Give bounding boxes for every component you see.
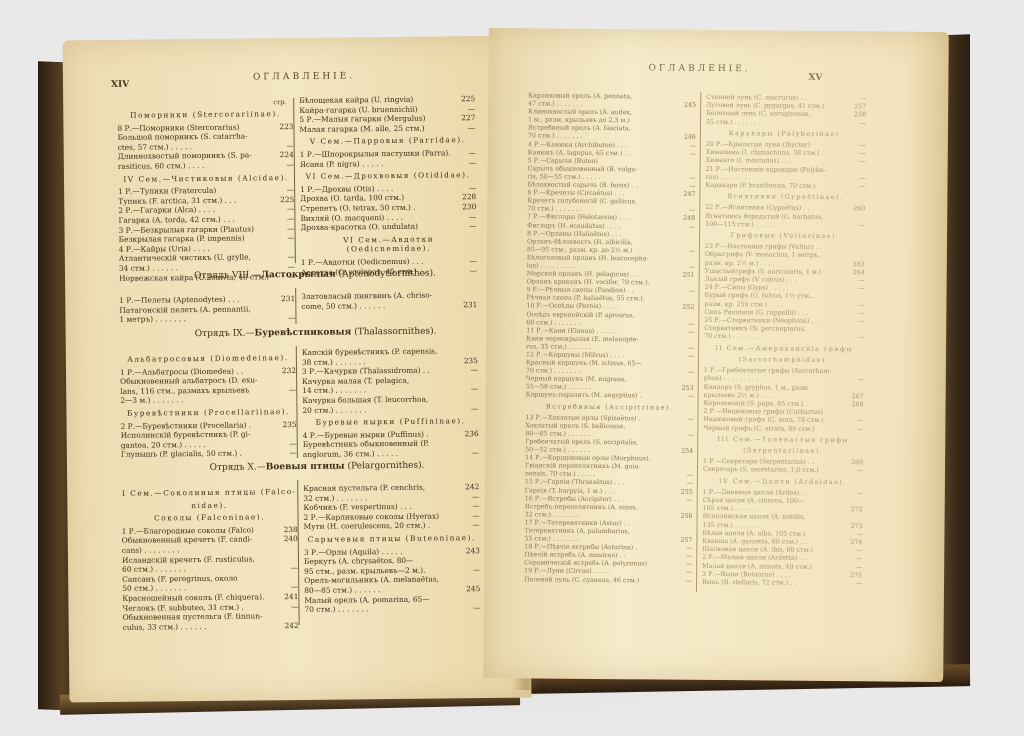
toc-entry-title: 20 стм.) . . . . . . . [302, 405, 366, 415]
toc-entry-page: 241 [280, 592, 298, 602]
toc-entry: Коршунъ-паразитъ (M. aegyptius) .— [526, 392, 694, 402]
toc-entry-page: 238 [280, 525, 298, 535]
toc-entry-page [845, 514, 863, 522]
toc-entry-page: — [848, 150, 866, 158]
toc-entry-page: 224 [276, 150, 294, 160]
toc-entry-page: — [676, 345, 694, 353]
toc-entry-page: — [277, 252, 295, 262]
toc-section-heading: I Сем.—Соколиныя птицы (Falco- [121, 487, 297, 498]
order-heading-x: Отрядъ X.—Воевыя птицы (Pelargornithes). [147, 460, 487, 474]
toc-entry-page: — [677, 247, 695, 255]
toc-entry-page: 231 [459, 300, 477, 310]
toc-entry-page [675, 464, 693, 472]
toc-entry-title: Секретарь (S. secretarius, 1,0 стм.) [703, 466, 819, 475]
toc-entry-page: 257 [674, 537, 692, 545]
toc-section-heading: VI Сем.—Авдотки (Oedicnemidae). [301, 234, 477, 255]
toc-column-left-4: Златовласый пингвинъ (A. chriso- come, 5… [301, 290, 477, 311]
toc-entry-title: 70 стм.) . . . . . . . [704, 333, 758, 342]
right-page: ОГЛАВЛЕНІЕ. XV Карликовый орелъ (A. penn… [483, 28, 949, 682]
toc-entry-page: — [277, 313, 295, 323]
toc-entry: Дрохва-красотка (O. undulata)— [300, 221, 476, 232]
toc-entry-title: 2—3 м.) . . . . . . . [120, 396, 183, 406]
toc-entry-page: — [675, 472, 693, 480]
toc-entry-page: — [458, 221, 476, 231]
toc-entry: 55 стм.) . . . . . . .— [706, 119, 866, 129]
toc-entry-page [676, 312, 694, 320]
toc-entry-title: anglorum, 36 стм.) . . . . . [303, 449, 398, 460]
toc-entry-page: — [678, 150, 696, 158]
toc-column-left-3: 1 Р.—Пелеты (Aptenodytes) . . .231Патаго… [119, 294, 295, 325]
toc-entry-page: — [844, 580, 862, 588]
toc-entry-page: — [675, 415, 693, 423]
toc-entry-page [277, 304, 295, 314]
toc-entry-page [678, 158, 696, 166]
toc-entry-page: 236 [461, 429, 479, 439]
toc-entry-page: 247 [677, 191, 695, 199]
toc-entry-page: 240 [280, 534, 298, 544]
toc-entry-page: — [276, 204, 294, 214]
column-divider [297, 480, 300, 625]
toc-entry: 2—3 м.) . . . . . . . [120, 394, 296, 405]
toc-entry-page [279, 429, 297, 439]
page-number-right: XV [808, 73, 822, 83]
toc-entry-page: — [457, 104, 475, 114]
toc-column-right-2: Степной лунь (C. macrurus) . .—Луговой л… [702, 94, 866, 589]
toc-entry-title: Исландскій кречетъ (F. rusticulus, [122, 554, 255, 565]
toc-entry-page [280, 544, 298, 554]
column-divider [696, 92, 701, 592]
toc-column-left-6: Капскій буревѣстникъ (P. capensis, 38 ст… [302, 346, 479, 459]
toc-entry-page [276, 131, 294, 141]
toc-entry-page: — [461, 492, 479, 502]
toc-entry-title: Ясана (P. nigra) . . . . . [300, 159, 384, 169]
toc-entry-page: — [461, 501, 479, 511]
toc-entry-page: — [677, 264, 695, 272]
toc-entry-page: — [462, 520, 480, 530]
toc-entry-title: Мути (H. coerulescens, 20 стм.) . [304, 521, 431, 532]
toc-entry-page: — [677, 183, 695, 191]
toc-section-heading: Буревѣстники (Procellariinae). [120, 407, 296, 418]
toc-entry: Черный грифъ (C. atrata, 60 стм.)— [703, 424, 863, 434]
toc-entry-page [845, 409, 863, 417]
toc-entry-page: — [280, 563, 298, 573]
toc-entry-page [677, 256, 695, 264]
page-number-left: XIV [111, 80, 129, 90]
toc-entry-page: 252 [676, 304, 694, 312]
toc-entry-page: — [845, 467, 863, 475]
toc-entry-page: 268 [846, 401, 864, 409]
toc-entry-page: — [674, 561, 692, 569]
page-col-label: стр. [273, 98, 287, 106]
toc-entry-page: — [458, 148, 476, 158]
toc-entry-page: — [847, 285, 865, 293]
toc-column-left-2: Бѣлощекая кайра (U. ringvia)225Кайра-гаг… [299, 94, 477, 277]
toc-entry-page: — [675, 496, 693, 504]
toc-entry-page [674, 529, 692, 537]
toc-entry-page: — [674, 545, 692, 553]
toc-entry-page: — [846, 318, 864, 326]
toc-entry-title: Тупикъ (F. arctica, 31 стм.) . . . [118, 195, 236, 206]
toc-entry-page [678, 167, 696, 175]
toc-entry-page [846, 385, 864, 393]
toc-section-heading: Соколы (Falconinae). [122, 512, 298, 523]
toc-entry-page: — [846, 376, 864, 384]
toc-entry-page: 256 [675, 512, 693, 520]
toc-entry-page: — [848, 95, 866, 103]
toc-entry-title: 55 стм.) . . . . . . . [706, 119, 760, 128]
toc-entry-title: Полевой лунь (C. cyaneus, 46 стм.) [524, 576, 639, 585]
toc-entry-page [675, 504, 693, 512]
toc-entry-page [459, 290, 477, 300]
toc-section-heading: Альбатросовыя (Diomedeinae). [120, 353, 296, 364]
toc-entry-title: Малая гагарка (M. alle, 25 стм.) [299, 123, 424, 134]
toc-entry: 70 стм.) . . . . . . .— [304, 603, 480, 614]
toc-entry-page: — [676, 328, 694, 336]
toc-entry-page: 245 [462, 584, 480, 594]
toc-entry-page [460, 394, 478, 404]
toc-entry-page: 225 [457, 94, 475, 104]
toc-entry-page: — [460, 365, 478, 375]
toc-entry-page: — [676, 320, 694, 328]
toc-entry-page [677, 280, 695, 288]
toc-entry-page: 223 [275, 122, 293, 132]
toc-entry-page: 251 [677, 272, 695, 280]
toc-entry-page: — [846, 302, 864, 310]
toc-entry-page: 274 [844, 539, 862, 547]
toc-entry-page [460, 346, 478, 356]
toc-entry: 20 стм.) . . . . . . .— [302, 404, 478, 415]
toc-entry-page: 243 [462, 546, 480, 556]
toc-column-left-8: Красная пустельга (P. cenchris,242 32 ст… [303, 482, 480, 615]
toc-entry-page: — [277, 233, 295, 243]
toc-entry-page [281, 611, 299, 621]
toc-entry-page: 254 [675, 448, 693, 456]
toc-entry-page: — [847, 277, 865, 285]
toc-entry-page [278, 394, 296, 404]
toc-entry-page: — [279, 448, 297, 458]
toc-entry-page: 257 [848, 103, 866, 111]
toc-entry-page: — [460, 404, 478, 414]
toc-entry-page: 246 [678, 134, 696, 142]
toc-entry-page: — [461, 448, 479, 458]
toc-entry: rasiticus, 60 стм.) . . . .— [118, 160, 294, 171]
toc-entry-page [678, 126, 696, 134]
toc-entry-page: 225 [276, 195, 294, 205]
toc-entry-page: 227 [457, 113, 475, 123]
toc-entry-page: — [844, 564, 862, 572]
toc-entry-page [675, 440, 693, 448]
running-head-right: ОГЛАВЛЕНІЕ. [648, 63, 750, 74]
toc-entry-page [676, 377, 694, 385]
toc-entry-page: 231 [277, 294, 295, 304]
toc-entry-page: — [846, 335, 864, 343]
toc-entry: Ясана (P. nigra) . . . . .— [300, 158, 476, 169]
toc-entry-page: — [677, 223, 695, 231]
toc-entry-page: — [848, 175, 866, 183]
toc-entry: culus, 33 стм.) . . . . . .242 [123, 621, 299, 632]
toc-entry-page: — [462, 565, 480, 575]
toc-entry-page: — [280, 582, 298, 592]
toc-entry-page: 230 [458, 202, 476, 212]
toc-entry-page: — [280, 602, 298, 612]
toc-entry-page: 248 [677, 215, 695, 223]
toc-column-left-5: Альбатросовыя (Diomedeinae).1 Р.—Альбатр… [120, 350, 297, 460]
toc-entry-page: — [848, 120, 866, 128]
toc-section-heading: (Serpentariinae). [703, 447, 863, 457]
toc-entry-page: — [459, 256, 477, 266]
toc-entry-page: — [674, 569, 692, 577]
toc-entry-page: — [844, 531, 862, 539]
toc-entry-page [678, 94, 696, 102]
column-divider [296, 346, 298, 458]
toc-entry-page: — [276, 185, 294, 195]
toc-entry-page: — [848, 142, 866, 150]
toc-entry-page: 269 [845, 459, 863, 467]
toc-entry-title: Качурка малая (T. pelagica, [302, 376, 409, 387]
toc-entry-page: — [845, 426, 863, 434]
toc-entry-page: 255 [675, 488, 693, 496]
toc-entry-page [847, 214, 865, 222]
toc-entry-page: 264 [847, 269, 865, 277]
toc-entry-page [676, 336, 694, 344]
toc-section-heading: V Сем.—Парровыя (Parridae). [300, 135, 476, 146]
toc-section-heading: II Сем.—Американскіе грифы [704, 345, 864, 355]
toc-entry-page: — [677, 288, 695, 296]
toc-entry-page: — [462, 603, 480, 613]
toc-entry-page: — [276, 224, 294, 234]
toc-entry-page: — [847, 222, 865, 230]
toc-section-heading: Буревые нырки (Puffininae). [303, 416, 479, 427]
toc-entry-page: — [458, 183, 476, 193]
running-head-left: ОГЛАВЛЕНІЕ. [253, 71, 355, 82]
toc-entry-page: 235 [279, 420, 297, 430]
toc-entry-page [677, 199, 695, 207]
toc-entry-page: — [276, 141, 294, 151]
toc-entry-page: — [676, 393, 694, 401]
toc-section-heading: Ястребиныя (Accipitrinae). [526, 403, 694, 413]
toc-section-heading: Поморники (Stercorariinae). [117, 109, 293, 120]
toc-entry-page: — [276, 214, 294, 224]
toc-entry: anglorum, 36 стм.) . . . . .— [303, 448, 479, 459]
toc-entry-page [280, 554, 298, 564]
toc-section-heading: nidae). [121, 500, 297, 511]
toc-section-heading: Сарычевыя птицы (Buteoninae). [304, 533, 480, 544]
toc-entry-page: — [460, 384, 478, 394]
toc-entry-page [677, 239, 695, 247]
toc-entry-page: — [675, 431, 693, 439]
toc-entry-page: 253 [676, 385, 694, 393]
column-divider [295, 288, 296, 324]
toc-entry-page: — [458, 158, 476, 168]
toc-entry: Малая гагарка (M. alle, 25 стм.)— [299, 123, 475, 134]
toc-entry-page: 245 [678, 102, 696, 110]
toc-section-heading: (Sarcorhamphidae). [704, 356, 864, 366]
toc-entry-page: — [848, 159, 866, 167]
toc-entry-title: Коршунъ-паразитъ (M. aegyptius) . [526, 392, 642, 401]
toc-entry-page: — [845, 417, 863, 425]
toc-entry-title: Выпь (B. stellaris, 72 стм.) . . [702, 579, 796, 588]
toc-entry-page: 267 [846, 393, 864, 401]
toc-entry-page: — [846, 310, 864, 318]
toc-entry: 1 Р.—Шпорокрылыя пастушки (Parra).— [300, 148, 476, 159]
toc-entry-page: — [678, 175, 696, 183]
toc-entry-title: come, 50 стм.) . . . . . . [301, 301, 385, 311]
toc-column-right-1: Карликовый орелъ (A. pennata, 47 стм.) .… [524, 92, 696, 585]
toc-entry-page: — [844, 547, 862, 555]
toc-entry-page: 242 [281, 621, 299, 631]
toc-entry-page: 228 [458, 192, 476, 202]
toc-entry-page [846, 294, 864, 302]
toc-entry-page [846, 326, 864, 334]
toc-entry-title: lans, 116 стм., размахъ крыльевъ [120, 385, 249, 396]
toc-entry-page: — [675, 480, 693, 488]
toc-entry-title: Капскій буревѣстникъ (P. capensis, [302, 347, 438, 358]
toc-entry-page [846, 368, 864, 376]
toc-entry-title: Дрохва-красотка (O. undulata) [300, 222, 418, 233]
toc-entry-page: — [847, 183, 865, 191]
toc-entry-page: — [457, 123, 475, 133]
toc-entry-page [847, 244, 865, 252]
toc-entry-page [460, 375, 478, 385]
toc-entry-page: — [844, 555, 862, 563]
toc-entry-page: 232 [278, 366, 296, 376]
order-heading-ix: Отрядъ IX.—Буревѣстниковыя (Thalassornit… [146, 326, 486, 340]
toc-section-heading: IV Сем.—Цапли (Ardeidae). [703, 477, 863, 487]
toc-entry-page [848, 167, 866, 175]
toc-entry-page [847, 253, 865, 261]
toc-entry-page: 260 [847, 206, 865, 214]
toc-entry: come, 50 стм.) . . . . . .231 [301, 300, 477, 311]
toc-entry-page [674, 521, 692, 529]
toc-entry-page: — [674, 577, 692, 585]
toc-column-left-1: Поморники (Stercorariinae).8 Р.—Поморник… [117, 106, 295, 283]
toc-entry-page: — [677, 207, 695, 215]
toc-entry-title: cans) . . . . . . . . [122, 545, 180, 555]
toc-entry-page [462, 555, 480, 565]
toc-section-heading: Каракары (Polyborinae). [706, 130, 866, 140]
toc-entry: Мути (H. coerulescens, 20 стм.) .— [304, 520, 480, 531]
toc-entry: 70 стм.) . . . . . . .— [704, 333, 864, 343]
toc-entry-page [678, 118, 696, 126]
left-page: XIV ОГЛАВЛЕНІЕ. стр. Поморники (Stercora… [63, 36, 532, 703]
toc-section-heading: Ягнятники (Gypaëtinae). [705, 193, 865, 203]
toc-entry-page: 272 [845, 506, 863, 514]
toc-entry-page: 273 [844, 523, 862, 531]
order-heading-viii: Отрядъ VIII.—Ластокрылыя (Aptenodytiorni… [145, 268, 485, 282]
toc-entry-page [278, 375, 296, 385]
toc-column-left-7: I Сем.—Соколиныя птицы (Falco-nidae).Сок… [121, 484, 299, 632]
toc-entry-page [280, 573, 298, 583]
toc-entry-title: Обыкновенный кречетъ (F. candi- [122, 535, 253, 546]
toc-entry-title: Атлантическій чистикъ (U. grylle, [119, 253, 251, 264]
toc-entry-page: 275 [844, 572, 862, 580]
toc-entry-page: — [278, 385, 296, 395]
toc-entry-page [676, 361, 694, 369]
toc-entry-page [845, 498, 863, 506]
toc-entry-page [675, 456, 693, 464]
toc-section-heading: III Сем.—Голенастые грифы [703, 436, 863, 446]
toc-section-heading: IV Сем.—Чистиковыя (Alcidae). [118, 173, 294, 184]
toc-entry: 1 метръ) . . . . . . .— [119, 313, 295, 324]
toc-entry-page: — [458, 212, 476, 222]
toc-entry: Глупышъ (P. glacialis, 50 стм.) .— [121, 448, 297, 459]
toc-entry: Каракаро (P. brasiliensis, 70 стм.)— [705, 182, 865, 192]
toc-entry-page: 263 [847, 261, 865, 269]
toc-entry-title: Каракаро (P. brasiliensis, 70 стм.) [705, 182, 815, 191]
toc-entry-page [675, 423, 693, 431]
toc-entry-title: Глупышъ (P. glacialis, 50 стм.) . [121, 449, 242, 460]
toc-entry-page: — [676, 369, 694, 377]
toc-entry-page [461, 438, 479, 448]
toc-entry-page [462, 594, 480, 604]
toc-entry-title: rasiticus, 60 стм.) . . . . [118, 161, 205, 171]
toc-entry-page [676, 296, 694, 304]
toc-entry: Выпь (B. stellaris, 72 стм.) . .— [702, 579, 862, 589]
toc-entry-page [677, 231, 695, 239]
toc-entry-page: 235 [460, 356, 478, 366]
toc-entry: Полевой лунь (C. cyaneus, 46 стм.)— [524, 576, 692, 586]
toc-section-heading: VI Сем.—Дрохвовыя (Otididae). [300, 170, 476, 181]
toc-entry: 100—115 стм.) . . . . . .— [705, 221, 865, 231]
toc-entry-title: 1 метръ) . . . . . . . [119, 314, 186, 324]
toc-entry-title: 100—115 стм.) . . . . . . [705, 221, 778, 230]
toc-entry-page: 258 [848, 112, 866, 120]
toc-entry-page: — [461, 511, 479, 521]
toc-entry-page [462, 574, 480, 584]
toc-entry-page [277, 243, 295, 253]
toc-entry-title: culus, 33 стм.) . . . . . . [123, 622, 207, 632]
toc-section-heading: Грифовые (Vulturinae). [705, 232, 865, 242]
toc-entry-page: — [678, 142, 696, 150]
toc-entry-page: 242 [461, 482, 479, 492]
toc-entry-page: — [845, 490, 863, 498]
toc-entry-page [678, 110, 696, 118]
toc-entry-page: — [676, 353, 694, 361]
toc-entry: Секретарь (S. secretarius, 1,0 стм.)— [703, 466, 863, 476]
toc-entry-page: — [276, 160, 294, 170]
toc-entry-title: Сапсанъ (F. peregrinus, около [122, 573, 237, 584]
toc-entry-title: Черный грифъ (C. atrata, 60 стм.) [703, 424, 814, 433]
toc-entry-page: — [674, 553, 692, 561]
toc-entry-page: — [279, 439, 297, 449]
toc-entry-title: 70 стм.) . . . . . . . [304, 604, 368, 614]
